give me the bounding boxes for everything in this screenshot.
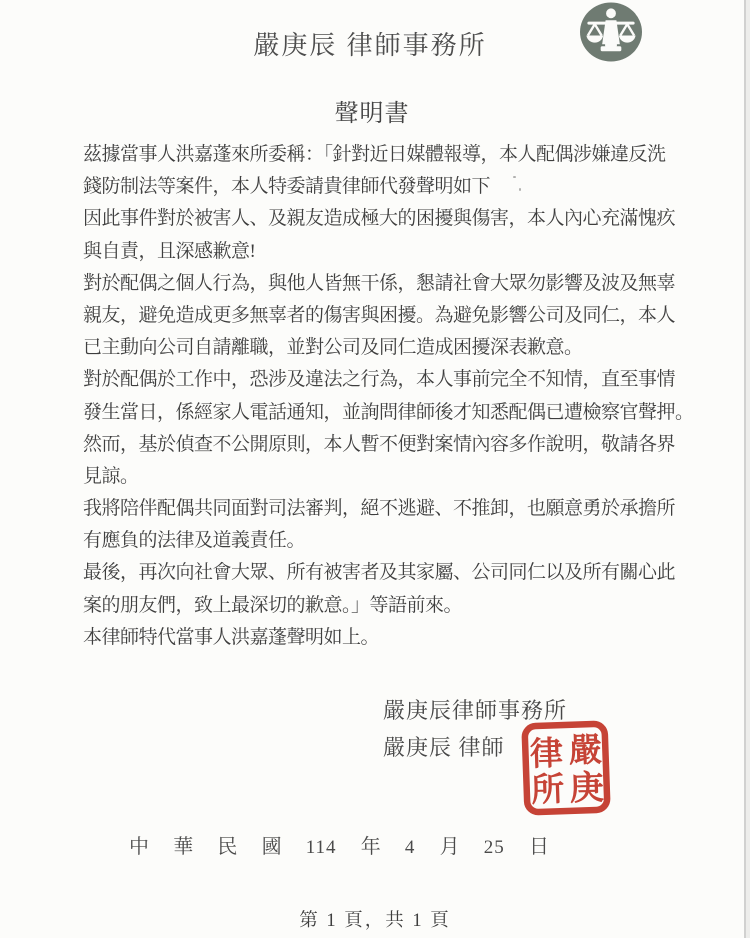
- scan-edge-line: [744, 0, 746, 938]
- republic-of-china-date-line: 中 華 民 國 114 年 4 月 25 日: [129, 830, 549, 859]
- body-line: 發生當日，係經家人電話通知，並詢問律師後才知悉配偶已遭檢察官聲押。: [83, 397, 683, 429]
- date-char: 日: [529, 830, 549, 859]
- body-line: 本律師特代當事人洪嘉蓬聲明如上。: [83, 622, 683, 654]
- body-line: 案的朋友們，致上最深切的歉意。」等語前來。: [83, 590, 683, 622]
- date-char: 華: [173, 830, 193, 859]
- body-line: 親友，避免造成更多無辜者的傷害與困擾。為避免影響公司及同仁，本人: [83, 300, 683, 332]
- date-month: 4: [405, 837, 416, 859]
- body-line: 對於配偶於工作中，恐涉及違法之行為，本人事前完全不知情，直至事情: [83, 364, 683, 396]
- date-day: 25: [484, 837, 505, 859]
- body-line: 見諒。: [83, 461, 683, 493]
- body-line: 最後，再次向社會大眾、所有被害者及其家屬、公司同仁以及所有關心此: [83, 557, 683, 589]
- date-year: 114: [306, 837, 337, 859]
- body-line: 因此事件對於被害人、及親友造成極大的困擾與傷害，本人內心充滿愧疚: [83, 203, 683, 235]
- law-firm-seal-stamp: 嚴 庚 律 所: [519, 718, 612, 817]
- date-char: 年: [361, 830, 381, 859]
- body-line: 然而，基於偵查不公開原則，本人暫不便對案情內容多作說明，敬請各界: [83, 429, 683, 461]
- date-char: 月: [440, 830, 460, 859]
- seal-char: 庚: [569, 769, 604, 808]
- date-char: 中: [129, 830, 149, 859]
- page-number-footer: 第 1 頁，共 1 頁: [0, 906, 750, 932]
- statement-document-page: 嚴庚辰 律師事務所: [0, 0, 750, 938]
- scales-of-justice-icon: [579, 2, 643, 63]
- seal-char: 律: [529, 735, 563, 773]
- document-title: 聲明書: [0, 93, 744, 128]
- date-char: 國: [262, 830, 282, 859]
- body-line: 有應負的法律及道義責任。: [83, 525, 683, 557]
- seal-char: 所: [531, 771, 565, 809]
- scan-edge-band: [746, 0, 750, 938]
- body-line: 已主動向公司自請離職，並對公司及同仁造成困擾深表歉意。: [83, 332, 683, 364]
- signature-lawyer-name: 嚴庚辰 律師: [383, 731, 505, 762]
- seal-char: 嚴: [568, 732, 602, 770]
- body-line: 對於配偶之個人行為，與他人皆無干係，懇請社會大眾勿影響及波及無辜: [83, 268, 683, 300]
- body-line: 錢防制法等案件，本人特委請貴律師代發聲明如下: [83, 171, 683, 203]
- statement-body: 茲據當事人洪嘉蓬來所委稱：「針對近日媒體報導，本人配偶涉嫌違反洗 錢防制法等案件…: [83, 139, 683, 654]
- body-line: 茲據當事人洪嘉蓬來所委稱：「針對近日媒體報導，本人配偶涉嫌違反洗: [83, 139, 683, 171]
- date-char: 民: [217, 830, 237, 859]
- body-line: 我將陪伴配偶共同面對司法審判，絕不逃避、不推卸，也願意勇於承擔所: [83, 493, 683, 525]
- body-line: 與自責，且深感歉意!: [83, 236, 683, 268]
